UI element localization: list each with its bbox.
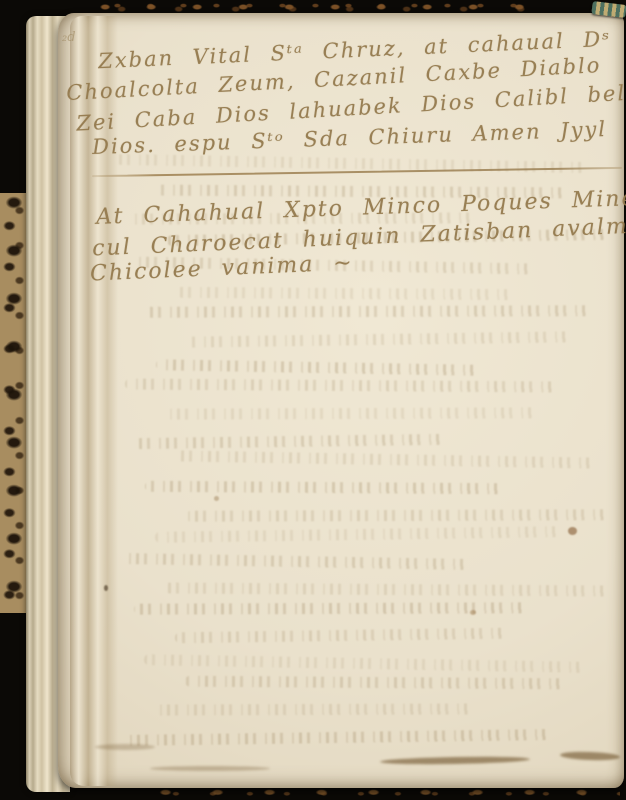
show-through-line bbox=[186, 509, 608, 521]
manuscript-photo: ₂d Zxban Vital Sᵗᵃ Chruz, at cahaual Dˢ … bbox=[0, 0, 626, 800]
binding-top-edge bbox=[96, 0, 526, 14]
bottom-edge-stain bbox=[150, 766, 270, 771]
stain bbox=[104, 585, 108, 591]
bottom-edge-stain bbox=[95, 744, 155, 750]
show-through-line bbox=[166, 407, 536, 419]
stain bbox=[568, 527, 577, 535]
stain bbox=[470, 610, 476, 615]
show-through-line bbox=[146, 305, 590, 318]
show-through-line bbox=[154, 703, 472, 715]
stain bbox=[214, 496, 219, 501]
binding-bottom-edge bbox=[150, 786, 620, 800]
marginal-mark: ₂d bbox=[62, 30, 84, 46]
show-through-line bbox=[134, 602, 526, 614]
show-through-line bbox=[177, 287, 512, 300]
